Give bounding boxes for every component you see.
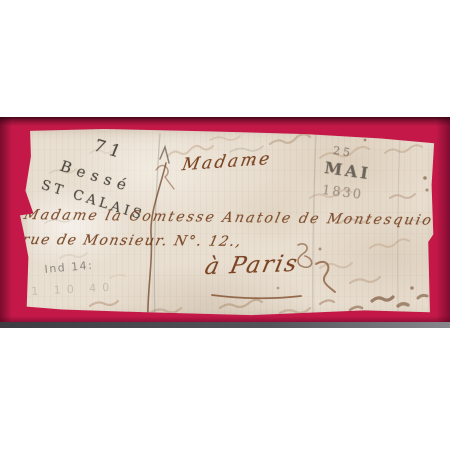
folded-letter-cover: 71 Bessé ST CALAIS 25 MAI 1830 Madame Ma… (20, 128, 440, 318)
mat-bottom-shadow (0, 322, 450, 328)
photo-of-letter: 71 Bessé ST CALAIS 25 MAI 1830 Madame Ma… (0, 0, 450, 450)
pen-flourishes (20, 128, 440, 318)
pen-flourishes-group (148, 147, 335, 318)
